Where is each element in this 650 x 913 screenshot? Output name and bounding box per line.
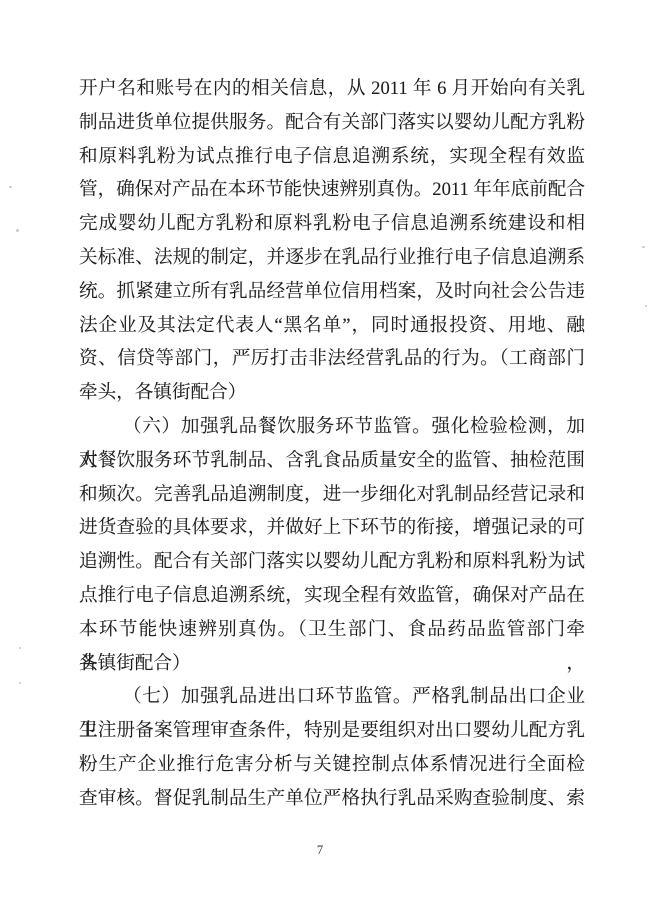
document-line: （六）加强乳品餐饮服务环节监管。强化检验检测，加大 xyxy=(79,410,585,444)
document-line: 生注册备案管理审查条件，特别是要组织对出口婴幼儿配方乳 xyxy=(79,714,585,748)
scan-speck xyxy=(19,647,21,649)
document-line: 和频次。完善乳品追溯制度，进一步细化对乳制品经营记录和 xyxy=(79,478,585,512)
document-text-block: 开户名和账号在内的相关信息，从 2011 年 6 月开始向有关乳 制品进货单位提… xyxy=(79,72,585,816)
document-line: 追溯性。配合有关部门落实以婴幼儿配方乳粉和原料乳粉为试 xyxy=(79,545,585,579)
document-line: 对餐饮服务环节乳制品、含乳食品质量安全的监管、抽检范围 xyxy=(79,444,585,478)
scan-speck xyxy=(645,305,647,307)
document-line: 资、信贷等部门，严厉打击非法经营乳品的行为。（工商部门 xyxy=(79,342,585,376)
document-line: 粉生产企业推行危害分析与关键控制点体系情况进行全面检 xyxy=(79,748,585,782)
document-line: 牵头，各镇街配合） xyxy=(79,376,585,410)
document-line: 制品进货单位提供服务。配合有关部门落实以婴幼儿配方乳粉 xyxy=(79,106,585,140)
document-page: 开户名和账号在内的相关信息，从 2011 年 6 月开始向有关乳 制品进货单位提… xyxy=(0,0,650,913)
document-line: 管，确保对产品在本环节能快速辨别真伪。2011 年年底前配合 xyxy=(79,173,585,207)
document-line: 开户名和账号在内的相关信息，从 2011 年 6 月开始向有关乳 xyxy=(79,72,585,106)
document-line: 点推行电子信息追溯系统，实现全程有效监管，确保对产品在 xyxy=(79,579,585,613)
scan-speck xyxy=(16,229,19,232)
document-line: 关标准、法规的制定，并逐步在乳品行业推行电子信息追溯系 xyxy=(79,241,585,275)
document-line: 统。抓紧建立所有乳品经营单位信用档案，及时向社会公告违 xyxy=(79,275,585,309)
document-line: 法企业及其法定代表人“黑名单”，同时通报投资、用地、融 xyxy=(79,309,585,343)
document-line: 完成婴幼儿配方乳粉和原料乳粉电子信息追溯系统建设和相 xyxy=(79,207,585,241)
scan-speck xyxy=(19,682,21,684)
document-line: 进货查验的具体要求，并做好上下环节的衔接，增强记录的可 xyxy=(79,511,585,545)
document-line: （七）加强乳品进出口环节监管。严格乳制品出口企业卫 xyxy=(79,680,585,714)
page-number: 7 xyxy=(0,843,640,858)
document-line: 和原料乳粉为试点推行电子信息追溯系统，实现全程有效监 xyxy=(79,140,585,174)
document-line: 查审核。督促乳制品生产单位严格执行乳品采购查验制度、索 xyxy=(79,782,585,816)
scan-speck xyxy=(9,186,12,188)
document-line: 本环节能快速辨别真伪。（卫生部门、食品药品监管部门牵头， xyxy=(79,613,585,647)
scan-speck xyxy=(642,246,645,248)
